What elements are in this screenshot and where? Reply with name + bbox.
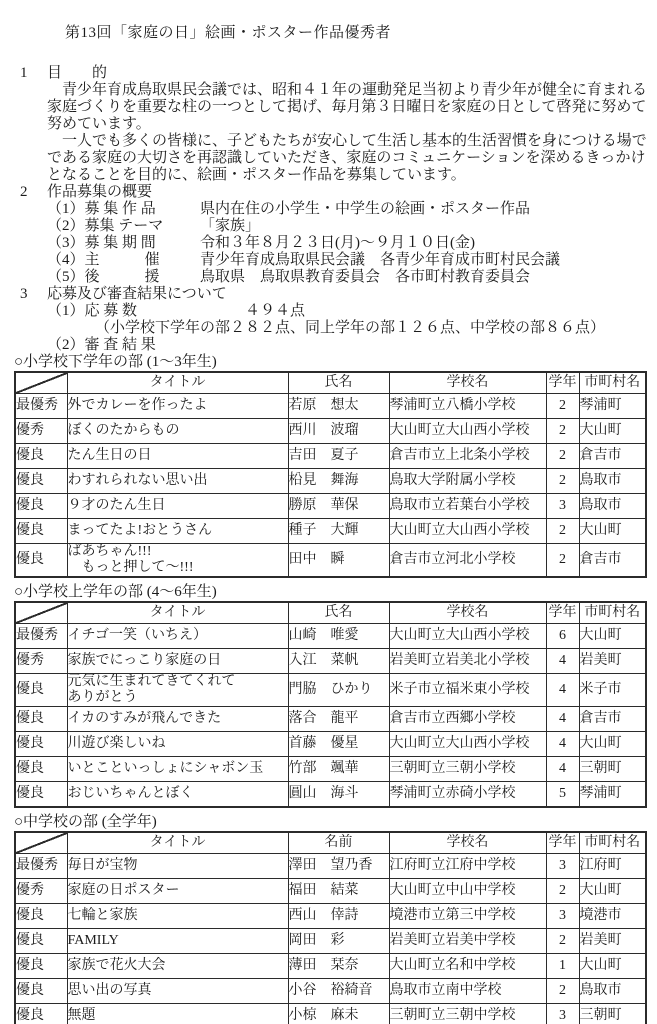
table-row: 優良いとこといっしょにシャボン玉竹部 颯華三朝町立三朝小学校4三朝町 bbox=[15, 757, 646, 782]
header-cell-name: 名前 bbox=[288, 832, 389, 854]
document-title: 第13回「家庭の日」絵画・ポスター作品優秀者 bbox=[65, 25, 657, 42]
city-cell: 岩美町 bbox=[579, 929, 646, 954]
school-cell: 三朝町立三朝中学校 bbox=[389, 1004, 546, 1024]
entry-count-value: ４９４点 bbox=[245, 303, 305, 320]
header-cell-name: 氏名 bbox=[288, 602, 389, 624]
section-heading-text: 応募及び審査結果について bbox=[47, 286, 227, 303]
title-cell: わすれられない思い出 bbox=[67, 469, 288, 494]
title-cell: 家庭の日ポスター bbox=[67, 879, 288, 904]
city-cell: 鳥取市 bbox=[579, 979, 646, 1004]
grade-cell: 2 bbox=[546, 544, 579, 578]
item-label: （1）募 集 作 品 bbox=[47, 201, 200, 218]
header-cell-city: 市町村名 bbox=[579, 602, 646, 624]
name-cell: 若原 想太 bbox=[288, 394, 389, 419]
name-cell: 薄田 栞奈 bbox=[288, 954, 389, 979]
award-cell: 優秀 bbox=[15, 879, 67, 904]
award-cell: 最優秀 bbox=[15, 624, 67, 649]
grade-cell: 4 bbox=[546, 732, 579, 757]
grade-cell: 4 bbox=[546, 757, 579, 782]
name-cell: 小谷 裕綺音 bbox=[288, 979, 389, 1004]
table-row: 優良たん生日の日吉田 夏子倉吉市立上北条小学校2倉吉市 bbox=[15, 444, 646, 469]
name-cell: 首藤 優星 bbox=[288, 732, 389, 757]
award-cell: 優良 bbox=[15, 469, 67, 494]
city-cell: 三朝町 bbox=[579, 1004, 646, 1024]
city-cell: 倉吉市 bbox=[579, 544, 646, 578]
city-cell: 岩美町 bbox=[579, 649, 646, 674]
award-cell: 優良 bbox=[15, 494, 67, 519]
city-cell: 三朝町 bbox=[579, 757, 646, 782]
table-row: 優良思い出の写真小谷 裕綺音鳥取市立南中学校2鳥取市 bbox=[15, 979, 646, 1004]
title-cell: 川遊び楽しいね bbox=[67, 732, 288, 757]
header-cell-grade: 学年 bbox=[546, 832, 579, 854]
section-results-heading: 3 応募及び審査結果について bbox=[0, 286, 657, 303]
school-cell: 鳥取市立南中学校 bbox=[389, 979, 546, 1004]
table-row: 最優秀毎日が宝物澤田 望乃香江府町立江府中学校3江府町 bbox=[15, 854, 646, 879]
diagonal-blank-cell bbox=[15, 372, 67, 394]
award-cell: 優良 bbox=[15, 519, 67, 544]
award-cell: 優良 bbox=[15, 707, 67, 732]
name-cell: 岡田 彩 bbox=[288, 929, 389, 954]
document-page: 第13回「家庭の日」絵画・ポスター作品優秀者 1 目 的 青少年育成鳥取県民会議… bbox=[0, 0, 657, 1024]
city-cell: 大山町 bbox=[579, 624, 646, 649]
school-cell: 岩美町立岩美中学校 bbox=[389, 929, 546, 954]
award-cell: 優良 bbox=[15, 757, 67, 782]
overview-item-support: （5）後 援 鳥取県 鳥取県教育委員会 各市町村教育委員会 bbox=[47, 269, 657, 286]
city-cell: 江府町 bbox=[579, 854, 646, 879]
school-cell: 大山町立大山西小学校 bbox=[389, 419, 546, 444]
table-caption: ○小学校上学年の部 (4～6年生) bbox=[14, 584, 657, 601]
grade-cell: 2 bbox=[546, 444, 579, 469]
name-cell: 澤田 望乃香 bbox=[288, 854, 389, 879]
award-cell: 優良 bbox=[15, 954, 67, 979]
title-cell: ９才のたん生日 bbox=[67, 494, 288, 519]
table-row: 優良家族で花火大会薄田 栞奈大山町立名和中学校1大山町 bbox=[15, 954, 646, 979]
name-cell: 勝原 華保 bbox=[288, 494, 389, 519]
school-cell: 大山町立名和中学校 bbox=[389, 954, 546, 979]
section-heading-text: 作品募集の概要 bbox=[47, 184, 152, 201]
results-table: タイトル氏名学校名学年市町村名最優秀外でカレーを作ったよ若原 想太琴浦町立八橋小… bbox=[14, 371, 647, 578]
award-cell: 優良 bbox=[15, 444, 67, 469]
name-cell: 田中 瞬 bbox=[288, 544, 389, 578]
city-cell: 大山町 bbox=[579, 519, 646, 544]
name-cell: 入江 菜帆 bbox=[288, 649, 389, 674]
school-cell: 境港市立第三中学校 bbox=[389, 904, 546, 929]
table-row: 優良おじいちゃんとぼく圓山 海斗琴浦町立赤碕小学校5琴浦町 bbox=[15, 782, 646, 808]
table-row: 最優秀イチゴ一笑（いちえ）山崎 唯愛大山町立大山西小学校6大山町 bbox=[15, 624, 646, 649]
award-cell: 最優秀 bbox=[15, 854, 67, 879]
name-cell: 竹部 颯華 bbox=[288, 757, 389, 782]
grade-cell: 2 bbox=[546, 394, 579, 419]
title-cell: 七輪と家族 bbox=[67, 904, 288, 929]
city-cell: 境港市 bbox=[579, 904, 646, 929]
title-cell: FAMILY bbox=[67, 929, 288, 954]
grade-cell: 3 bbox=[546, 854, 579, 879]
results-tables: ○小学校下学年の部 (1～3年生)タイトル氏名学校名学年市町村名最優秀外でカレー… bbox=[0, 354, 657, 1024]
award-cell: 最優秀 bbox=[15, 394, 67, 419]
results-table: タイトル名前学校名学年市町村名最優秀毎日が宝物澤田 望乃香江府町立江府中学校3江… bbox=[14, 831, 647, 1024]
item-value: 鳥取県 鳥取県教育委員会 各市町村教育委員会 bbox=[200, 269, 530, 286]
header-cell-school: 学校名 bbox=[389, 602, 546, 624]
city-cell: 大山町 bbox=[579, 732, 646, 757]
table-row: 優良ばあちゃん!!! もっと押して～!!!田中 瞬倉吉市立河北小学校2倉吉市 bbox=[15, 544, 646, 578]
name-cell: 吉田 夏子 bbox=[288, 444, 389, 469]
school-cell: 琴浦町立八橋小学校 bbox=[389, 394, 546, 419]
name-cell: 西山 倖詩 bbox=[288, 904, 389, 929]
title-cell: イカのすみが飛んできた bbox=[67, 707, 288, 732]
table-caption: ○小学校下学年の部 (1～3年生) bbox=[14, 354, 657, 371]
diagonal-blank-cell bbox=[15, 602, 67, 624]
school-cell: 大山町立大山西小学校 bbox=[389, 624, 546, 649]
grade-cell: 2 bbox=[546, 469, 579, 494]
title-cell: 無題 bbox=[67, 1004, 288, 1024]
grade-cell: 5 bbox=[546, 782, 579, 808]
header-cell-grade: 学年 bbox=[546, 372, 579, 394]
item-label: （1）応 募 数 bbox=[47, 303, 245, 320]
school-cell: 江府町立江府中学校 bbox=[389, 854, 546, 879]
item-label: （5）後 援 bbox=[47, 269, 200, 286]
table-row: 優良七輪と家族西山 倖詩境港市立第三中学校3境港市 bbox=[15, 904, 646, 929]
table-row: 優良９才のたん生日勝原 華保鳥取市立若葉台小学校3鳥取市 bbox=[15, 494, 646, 519]
school-cell: 琴浦町立赤碕小学校 bbox=[389, 782, 546, 808]
header-cell-grade: 学年 bbox=[546, 602, 579, 624]
city-cell: 大山町 bbox=[579, 879, 646, 904]
grade-cell: 2 bbox=[546, 929, 579, 954]
table-row: 優良元気に生まれてきてくれて ありがとう門脇 ひかり米子市立福米東小学校4米子市 bbox=[15, 674, 646, 707]
school-cell: 米子市立福米東小学校 bbox=[389, 674, 546, 707]
name-cell: 福田 結菜 bbox=[288, 879, 389, 904]
table-row: 優良まってたよ!おとうさん種子 大輝大山町立大山西小学校2大山町 bbox=[15, 519, 646, 544]
city-cell: 鳥取市 bbox=[579, 494, 646, 519]
name-cell: 種子 大輝 bbox=[288, 519, 389, 544]
table-header-row: タイトル氏名学校名学年市町村名 bbox=[15, 372, 646, 394]
city-cell: 琴浦町 bbox=[579, 782, 646, 808]
title-cell: 元気に生まれてきてくれて ありがとう bbox=[67, 674, 288, 707]
purpose-paragraph-2: 一人でも多くの皆様に、子どもたちが安心して生活し基本的生活習慣を身につける場で … bbox=[47, 133, 657, 184]
header-cell-city: 市町村名 bbox=[579, 832, 646, 854]
name-cell: 西川 波瑠 bbox=[288, 419, 389, 444]
city-cell: 鳥取市 bbox=[579, 469, 646, 494]
award-cell: 優良 bbox=[15, 904, 67, 929]
item-value: 青少年育成鳥取県民会議 各青少年育成市町村民会議 bbox=[200, 252, 560, 269]
item-label: （2）募集 テーマ bbox=[47, 218, 200, 235]
header-cell-title: タイトル bbox=[67, 602, 288, 624]
grade-cell: 4 bbox=[546, 674, 579, 707]
city-cell: 倉吉市 bbox=[579, 444, 646, 469]
entry-count-note: （小学校下学年の部２８２点、同上学年の部１２６点、中学校の部８６点） bbox=[95, 320, 657, 337]
award-cell: 優良 bbox=[15, 544, 67, 578]
city-cell: 大山町 bbox=[579, 419, 646, 444]
table-block-junior-high: ○中学校の部 (全学年)タイトル名前学校名学年市町村名最優秀毎日が宝物澤田 望乃… bbox=[14, 814, 657, 1024]
city-cell: 琴浦町 bbox=[579, 394, 646, 419]
table-row: 優良FAMILY岡田 彩岩美町立岩美中学校2岩美町 bbox=[15, 929, 646, 954]
table-row: 優秀家庭の日ポスター福田 結菜大山町立中山中学校2大山町 bbox=[15, 879, 646, 904]
title-cell: 外でカレーを作ったよ bbox=[67, 394, 288, 419]
table-row: 優秀家族でにっこり家庭の日入江 菜帆岩美町立岩美北小学校4岩美町 bbox=[15, 649, 646, 674]
award-cell: 優良 bbox=[15, 674, 67, 707]
school-cell: 倉吉市立上北条小学校 bbox=[389, 444, 546, 469]
title-cell: たん生日の日 bbox=[67, 444, 288, 469]
name-cell: 門脇 ひかり bbox=[288, 674, 389, 707]
table-row: 優良無題小椋 麻未三朝町立三朝中学校3三朝町 bbox=[15, 1004, 646, 1024]
item-label: （3）募 集 期 間 bbox=[47, 235, 200, 252]
grade-cell: 6 bbox=[546, 624, 579, 649]
item-value: 「家族」 bbox=[200, 218, 260, 235]
results-judging: （2）審 査 結 果 bbox=[47, 337, 657, 354]
header-cell-name: 氏名 bbox=[288, 372, 389, 394]
item-label: （4）主 催 bbox=[47, 252, 200, 269]
award-cell: 優良 bbox=[15, 929, 67, 954]
school-cell: 鳥取市立若葉台小学校 bbox=[389, 494, 546, 519]
section-heading-text: 目 的 bbox=[47, 65, 107, 82]
section-overview-heading: 2 作品募集の概要 bbox=[0, 184, 657, 201]
award-cell: 優良 bbox=[15, 782, 67, 808]
grade-cell: 3 bbox=[546, 1004, 579, 1024]
overview-item-entry-type: （1）募 集 作 品 県内在住の小学生・中学生の絵画・ポスター作品 bbox=[47, 201, 657, 218]
grade-cell: 2 bbox=[546, 879, 579, 904]
header-cell-title: タイトル bbox=[67, 372, 288, 394]
grade-cell: 1 bbox=[546, 954, 579, 979]
title-cell: ぼくのたからもの bbox=[67, 419, 288, 444]
title-cell: 家族で花火大会 bbox=[67, 954, 288, 979]
school-cell: 三朝町立三朝小学校 bbox=[389, 757, 546, 782]
title-cell: イチゴ一笑（いちえ） bbox=[67, 624, 288, 649]
section-number: 2 bbox=[20, 184, 47, 201]
award-cell: 優良 bbox=[15, 979, 67, 1004]
title-cell: ばあちゃん!!! もっと押して～!!! bbox=[67, 544, 288, 578]
school-cell: 倉吉市立河北小学校 bbox=[389, 544, 546, 578]
name-cell: 小椋 麻未 bbox=[288, 1004, 389, 1024]
item-value: 県内在住の小学生・中学生の絵画・ポスター作品 bbox=[200, 201, 530, 218]
diagonal-blank-cell bbox=[15, 832, 67, 854]
overview-item-organizer: （4）主 催 青少年育成鳥取県民会議 各青少年育成市町村民会議 bbox=[47, 252, 657, 269]
table-row: 優秀ぼくのたからもの西川 波瑠大山町立大山西小学校2大山町 bbox=[15, 419, 646, 444]
award-cell: 優秀 bbox=[15, 649, 67, 674]
results-table: タイトル氏名学校名学年市町村名最優秀イチゴ一笑（いちえ）山崎 唯愛大山町立大山西… bbox=[14, 601, 647, 808]
header-cell-city: 市町村名 bbox=[579, 372, 646, 394]
city-cell: 米子市 bbox=[579, 674, 646, 707]
school-cell: 鳥取大学附属小学校 bbox=[389, 469, 546, 494]
title-cell: いとこといっしょにシャボン玉 bbox=[67, 757, 288, 782]
grade-cell: 2 bbox=[546, 979, 579, 1004]
table-row: 優良イカのすみが飛んできた落合 龍平倉吉市立西郷小学校4倉吉市 bbox=[15, 707, 646, 732]
header-cell-school: 学校名 bbox=[389, 372, 546, 394]
title-cell: 思い出の写真 bbox=[67, 979, 288, 1004]
title-cell: 家族でにっこり家庭の日 bbox=[67, 649, 288, 674]
section-number: 3 bbox=[20, 286, 47, 303]
city-cell: 大山町 bbox=[579, 954, 646, 979]
header-cell-title: タイトル bbox=[67, 832, 288, 854]
results-entry-count: （1）応 募 数 ４９４点 bbox=[47, 303, 657, 320]
table-row: 最優秀外でカレーを作ったよ若原 想太琴浦町立八橋小学校2琴浦町 bbox=[15, 394, 646, 419]
grade-cell: 4 bbox=[546, 649, 579, 674]
title-cell: まってたよ!おとうさん bbox=[67, 519, 288, 544]
name-cell: 落合 龍平 bbox=[288, 707, 389, 732]
grade-cell: 2 bbox=[546, 419, 579, 444]
section-purpose-heading: 1 目 的 bbox=[0, 65, 657, 82]
grade-cell: 3 bbox=[546, 904, 579, 929]
school-cell: 岩美町立岩美北小学校 bbox=[389, 649, 546, 674]
school-cell: 倉吉市立西郷小学校 bbox=[389, 707, 546, 732]
item-value: 令和３年８月２３日(月)～９月１０日(金) bbox=[200, 235, 475, 252]
table-block-elementary-lower: ○小学校下学年の部 (1～3年生)タイトル氏名学校名学年市町村名最優秀外でカレー… bbox=[14, 354, 657, 578]
title-cell: 毎日が宝物 bbox=[67, 854, 288, 879]
school-cell: 大山町立大山西小学校 bbox=[389, 732, 546, 757]
table-caption: ○中学校の部 (全学年) bbox=[14, 814, 657, 831]
award-cell: 優秀 bbox=[15, 419, 67, 444]
title-cell: おじいちゃんとぼく bbox=[67, 782, 288, 808]
overview-item-theme: （2）募集 テーマ 「家族」 bbox=[47, 218, 657, 235]
overview-item-period: （3）募 集 期 間 令和３年８月２３日(月)～９月１０日(金) bbox=[47, 235, 657, 252]
grade-cell: 3 bbox=[546, 494, 579, 519]
table-row: 優良川遊び楽しいね首藤 優星大山町立大山西小学校4大山町 bbox=[15, 732, 646, 757]
table-row: 優良わすれられない思い出柗見 舞海鳥取大学附属小学校2鳥取市 bbox=[15, 469, 646, 494]
name-cell: 山崎 唯愛 bbox=[288, 624, 389, 649]
item-label: （2）審 査 結 果 bbox=[47, 337, 200, 354]
name-cell: 圓山 海斗 bbox=[288, 782, 389, 808]
school-cell: 大山町立中山中学校 bbox=[389, 879, 546, 904]
table-block-elementary-upper: ○小学校上学年の部 (4～6年生)タイトル氏名学校名学年市町村名最優秀イチゴ一笑… bbox=[14, 584, 657, 808]
table-header-row: タイトル名前学校名学年市町村名 bbox=[15, 832, 646, 854]
header-cell-school: 学校名 bbox=[389, 832, 546, 854]
table-header-row: タイトル氏名学校名学年市町村名 bbox=[15, 602, 646, 624]
grade-cell: 4 bbox=[546, 707, 579, 732]
school-cell: 大山町立大山西小学校 bbox=[389, 519, 546, 544]
grade-cell: 2 bbox=[546, 519, 579, 544]
name-cell: 柗見 舞海 bbox=[288, 469, 389, 494]
award-cell: 優良 bbox=[15, 732, 67, 757]
section-number: 1 bbox=[20, 65, 47, 82]
city-cell: 倉吉市 bbox=[579, 707, 646, 732]
award-cell: 優良 bbox=[15, 1004, 67, 1024]
purpose-paragraph-1: 青少年育成鳥取県民会議では、昭和４１年の運動発足当初より青少年が健全に育まれる … bbox=[47, 82, 657, 133]
